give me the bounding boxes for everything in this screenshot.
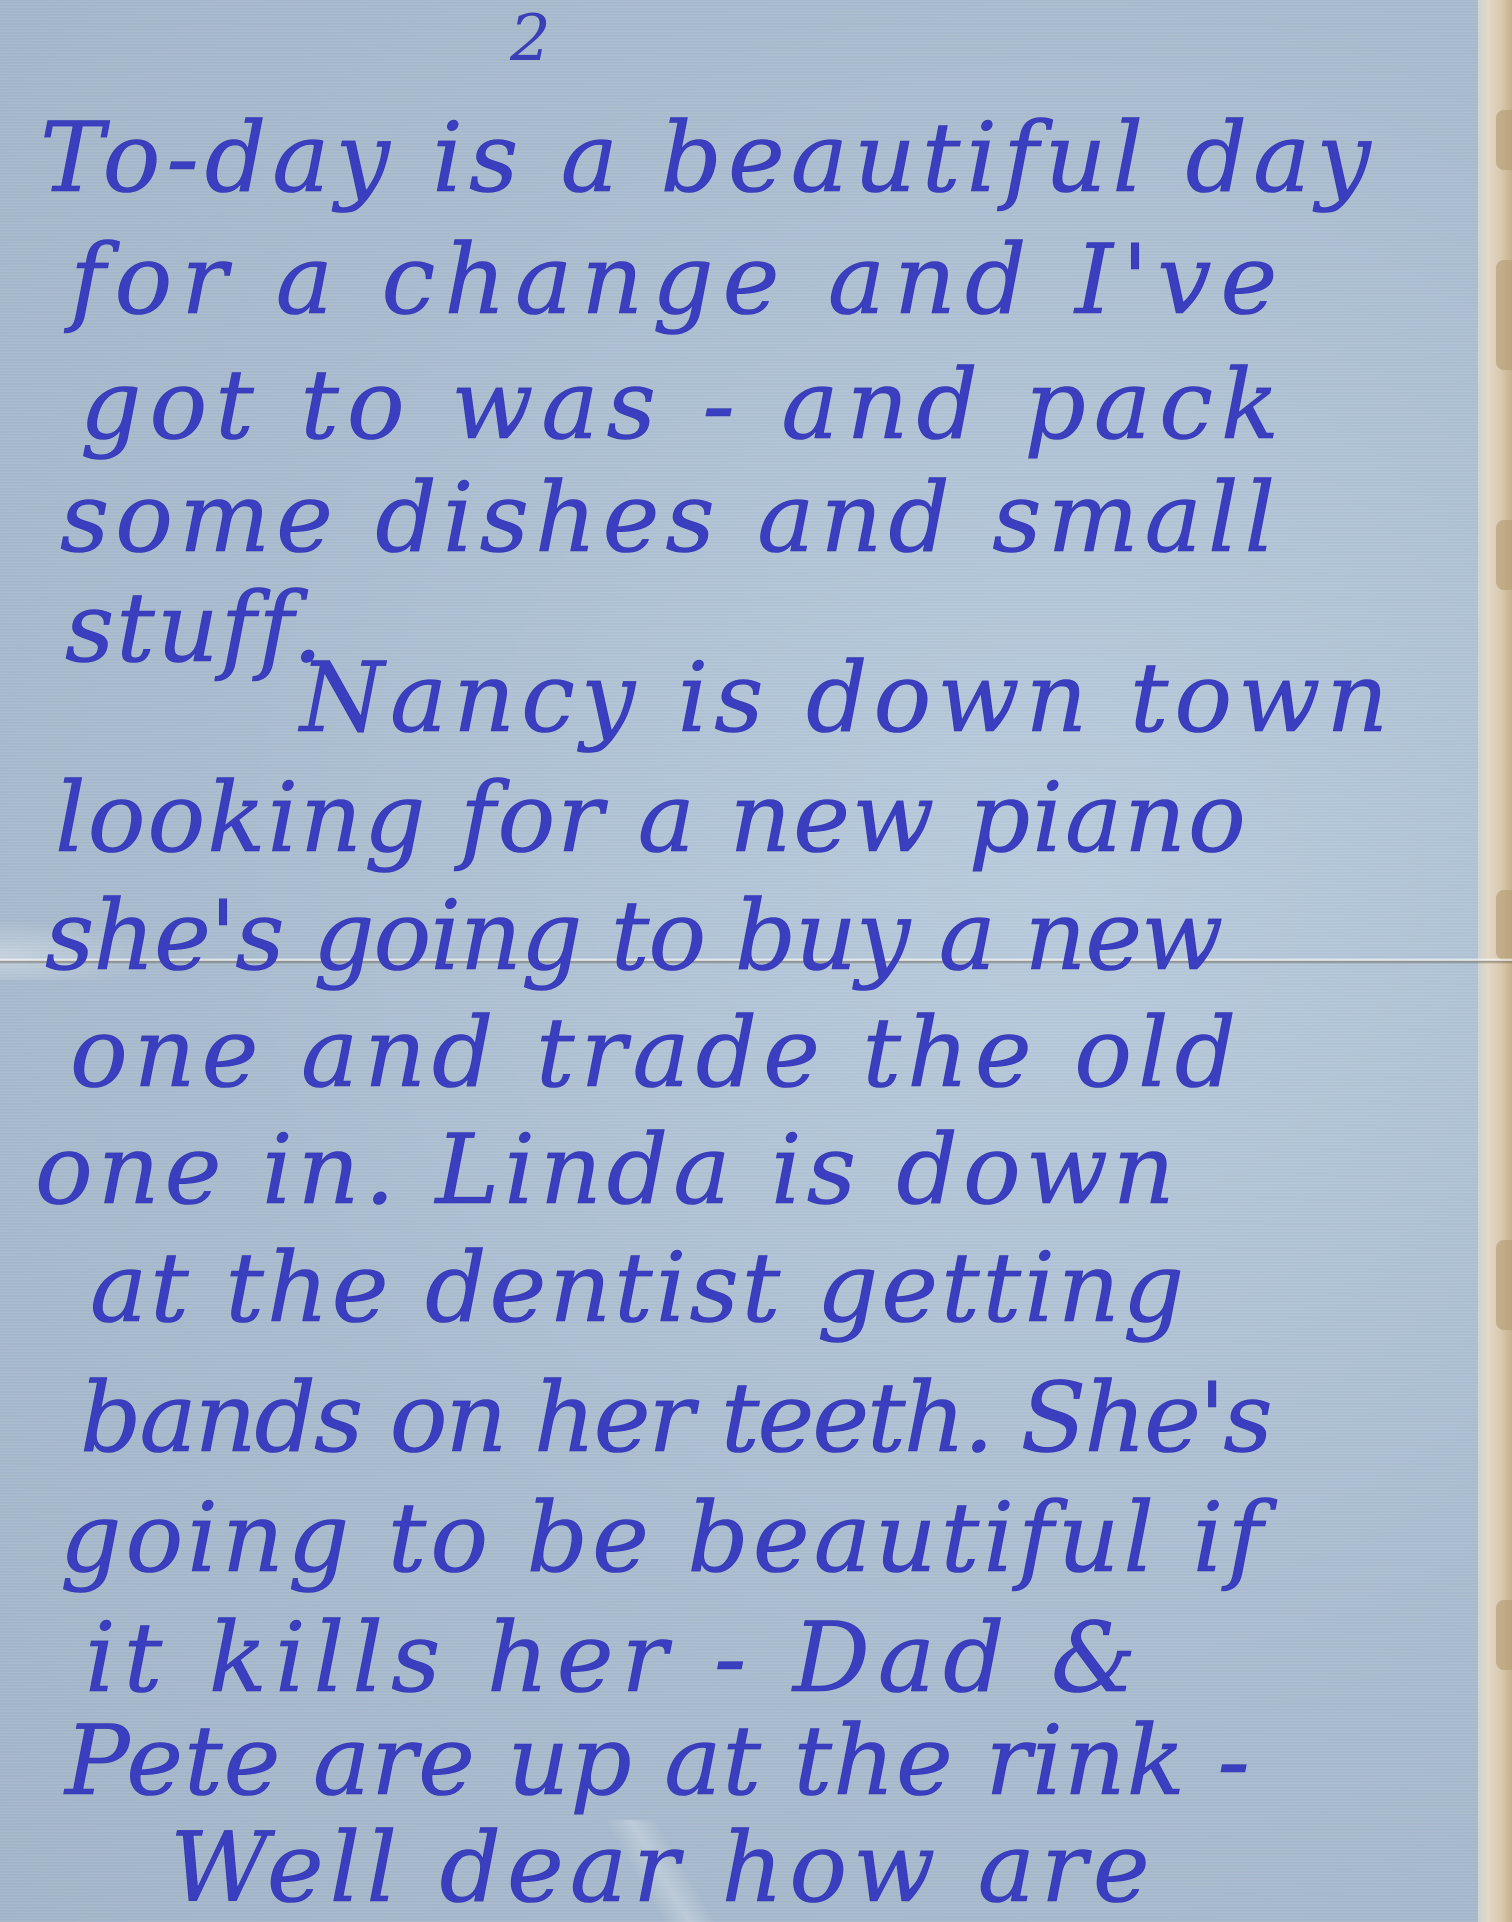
page-number: 2 xyxy=(510,2,551,76)
handwritten-line: going to be beautiful if xyxy=(60,1490,1267,1586)
handwritten-line: got to was - and pack xyxy=(80,357,1287,453)
handwritten-line: Well dear how are xyxy=(170,1820,1156,1916)
handwritten-line: for a change and I've xyxy=(70,232,1286,328)
handwritten-line: stuff. xyxy=(65,580,325,676)
edge-stain xyxy=(1496,1600,1512,1670)
handwritten-line: To-day is a beautiful day xyxy=(40,110,1377,206)
handwritten-line: at the dentist getting xyxy=(90,1240,1187,1336)
handwritten-line: one and trade the old xyxy=(70,1005,1242,1101)
handwritten-line: it kills her - Dad & xyxy=(85,1610,1144,1706)
edge-stain xyxy=(1496,520,1512,590)
handwritten-line: looking for a new piano xyxy=(55,770,1248,866)
handwritten-line: bands on her teeth. She's xyxy=(80,1370,1271,1466)
handwritten-line: Nancy is down town xyxy=(300,650,1394,746)
handwritten-line: Pete are up at the rink - xyxy=(65,1713,1251,1809)
handwritten-line: one in. Linda is down xyxy=(35,1122,1180,1218)
letter-page: 2 To-day is a beautiful day for a change… xyxy=(0,0,1512,1922)
edge-stain xyxy=(1496,890,1512,960)
edge-stain xyxy=(1496,1240,1512,1330)
handwritten-line: some dishes and small xyxy=(60,470,1281,566)
edge-stain xyxy=(1496,260,1512,370)
handwritten-line: she's going to buy a new xyxy=(45,888,1222,984)
edge-stain xyxy=(1496,110,1512,170)
